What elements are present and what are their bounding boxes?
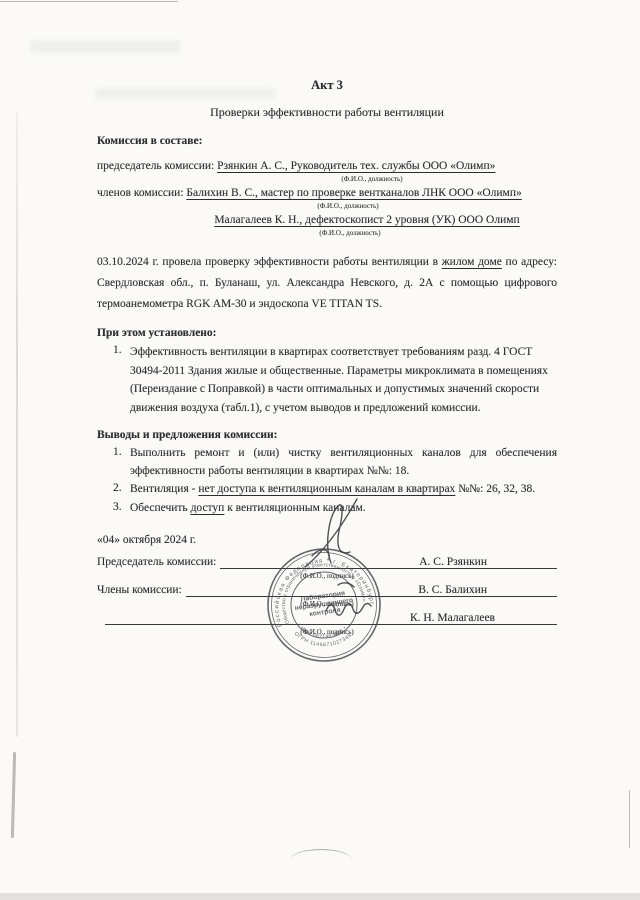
inspection-underlined-text: жилом доме: [442, 256, 502, 268]
document-title: Акт 3: [97, 78, 557, 92]
scan-artifact-smudge: [30, 40, 180, 53]
findings-item-text: Эффективность вентиляции в квартирах соо…: [130, 343, 554, 417]
scan-artifact-bottom-strip: [0, 893, 640, 900]
inspection-text: 03.10.2024 г. провела проверку эффективн…: [97, 256, 442, 268]
conclusions-list: 1. Выполнить ремонт и (или) чистку венти…: [97, 445, 557, 517]
list-number: 3.: [113, 500, 130, 518]
commission-member2-row: Малагалеев К. Н., дефектоскопист 2 уровн…: [97, 213, 557, 227]
member1-value: Балихин В. С., мастер по проверке вентка…: [186, 187, 521, 199]
chairman-name: А. С. Рзянкин: [419, 556, 487, 568]
scan-artifact-top-line: [0, 1, 178, 2]
commission-chairman-row: председатель комиссии: Рзянкин А. С., Ру…: [97, 159, 557, 173]
fio-position-caption: (Ф.И.О., должность): [97, 202, 557, 210]
scan-artifact-left-fold-dark: [11, 752, 16, 838]
conclusions-item-text: Вентиляция - нет доступа к вентиляционны…: [130, 481, 554, 499]
stamp-graphic: Российская Федерация * г. Екатеринбург О…: [262, 543, 386, 667]
list-number: 1.: [113, 343, 130, 417]
conclusions-text: №№: 26, 32, 38.: [455, 483, 535, 495]
conclusions-item-text: Обеспечить доступ к вентиляционным канал…: [130, 500, 554, 518]
scanned-document-page: Акт 3 Проверки эффективности работы вент…: [0, 0, 640, 900]
chairman-sign-label: Председатель комиссии:: [97, 555, 216, 569]
list-number: 1.: [113, 445, 130, 480]
chairman-value: Рзянкин А. С., Руководитель тех. службы …: [217, 160, 495, 172]
conclusions-underlined-text: нет доступа к вентиляционным каналам в к…: [198, 483, 455, 495]
scan-artifact-bottom-curve: [290, 849, 352, 860]
conclusions-item-text: Выполнить ремонт и (или) чистку вентиляц…: [130, 445, 557, 480]
scan-artifact-right-line: [629, 790, 630, 848]
conclusions-text: Вентиляция -: [130, 483, 198, 495]
conclusions-item-3: 3. Обеспечить доступ к вентиляционным ка…: [97, 500, 557, 518]
fio-position-caption: (Ф.И.О., должность): [97, 229, 557, 237]
commission-heading: Комиссия в составе:: [97, 134, 557, 148]
document-subtitle: Проверки эффективности работы вентиляции: [97, 105, 557, 119]
conclusions-underlined-text: доступ: [191, 502, 225, 514]
conclusions-item-2: 2. Вентиляция - нет доступа к вентиляцио…: [97, 481, 557, 499]
findings-item-1: 1. Эффективность вентиляции в квартирах …: [97, 343, 557, 417]
company-round-stamp: Российская Федерация * г. Екатеринбург О…: [262, 543, 386, 667]
members-sign-label: Члены комиссии:: [97, 583, 182, 597]
inspection-paragraph: 03.10.2024 г. провела проверку эффективн…: [97, 252, 557, 315]
scan-artifact-left-fold: [16, 112, 18, 737]
conclusions-heading: Выводы и предложения комиссии:: [97, 428, 557, 442]
commission-member1-row: членов комиссии: Балихин В. С., мастер п…: [97, 186, 557, 200]
member2-name: К. Н. Малагалеев: [410, 612, 495, 624]
conclusions-text: к вентиляционным каналам.: [224, 502, 365, 514]
member2-value: Малагалеев К. Н., дефектоскопист 2 уровн…: [214, 214, 519, 226]
conclusions-text: Обеспечить: [130, 502, 191, 514]
member1-name: В. С. Балихин: [418, 584, 487, 596]
list-number: 2.: [113, 481, 130, 499]
chairman-label: председатель комиссии:: [97, 160, 214, 172]
findings-heading: При этом установлено:: [97, 326, 557, 340]
fio-position-caption: (Ф.И.О., должность): [97, 175, 557, 183]
members-label: членов комиссии:: [97, 187, 184, 199]
conclusions-item-1: 1. Выполнить ремонт и (или) чистку венти…: [97, 445, 557, 480]
